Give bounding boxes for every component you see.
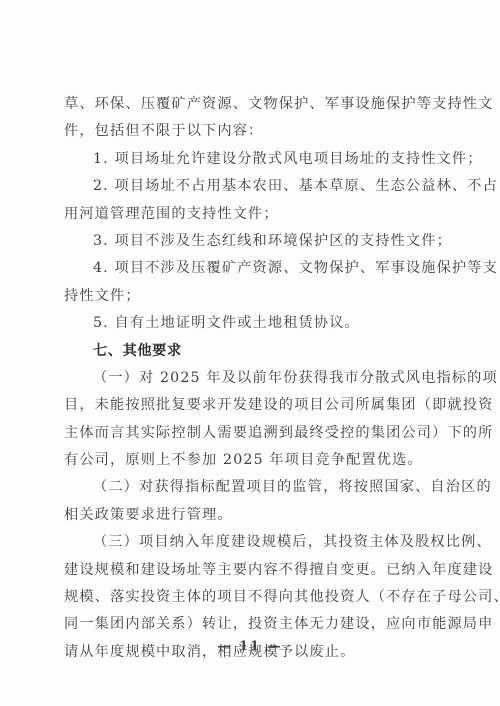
text-line: 主体而言其实际控制人需要追溯到最终受控的集团公司）下的所 <box>64 420 438 447</box>
text-line: 用河道管理范围的支持性文件； <box>64 201 438 228</box>
text-line: 草、环保、压覆矿产资源、文物保护、军事设施保护等支持性文 <box>64 91 438 118</box>
paragraph-1: （一）对 2025 年及以前年份获得我市分散式风电指标的项 <box>64 365 438 392</box>
section-heading: 七、其他要求 <box>64 338 438 365</box>
document-page: 草、环保、压覆矿产资源、文物保护、军事设施保护等支持性文 件，包括但不限于以下内… <box>0 0 500 706</box>
text-line: 规模、落实投资主体的项目不得向其他投资人（不存在子母公司、 <box>64 584 438 611</box>
text-line: 件，包括但不限于以下内容： <box>64 118 438 145</box>
paragraph-2: （二）对获得指标配置项目的监管，将按照国家、自治区的 <box>64 474 438 501</box>
document-body: 草、环保、压覆矿产资源、文物保护、军事设施保护等支持性文 件，包括但不限于以下内… <box>64 91 438 666</box>
text-line: 目，未能按照批复要求开发建设的项目公司所属集团（即就投资 <box>64 392 438 419</box>
page-number: — 11 — <box>0 639 500 654</box>
text-line: 持性文件； <box>64 283 438 310</box>
list-item-4: 4. 项目不涉及压覆矿产资源、文物保护、军事设施保护等支 <box>64 255 438 282</box>
list-item-3: 3. 项目不涉及生态红线和环境保护区的支持性文件； <box>64 228 438 255</box>
list-item-2: 2. 项目场址不占用基本农田、基本草原、生态公益林、不占 <box>64 173 438 200</box>
list-item-1: 1. 项目场址允许建设分散式风电项目场址的支持性文件； <box>64 146 438 173</box>
list-item-5: 5. 自有土地证明文件或土地租赁协议。 <box>64 310 438 337</box>
text-line: 相关政策要求进行管理。 <box>64 502 438 529</box>
text-line: 有公司，原则上不参加 2025 年项目竞争配置优选。 <box>64 447 438 474</box>
text-line: 建设规模和建设场址等主要内容不得擅自变更。已纳入年度建设 <box>64 557 438 584</box>
text-line: 同一集团内部关系）转让，投资主体无力建设，应向市能源局申 <box>64 611 438 638</box>
paragraph-3: （三）项目纳入年度建设规模后，其投资主体及股权比例、 <box>64 529 438 556</box>
